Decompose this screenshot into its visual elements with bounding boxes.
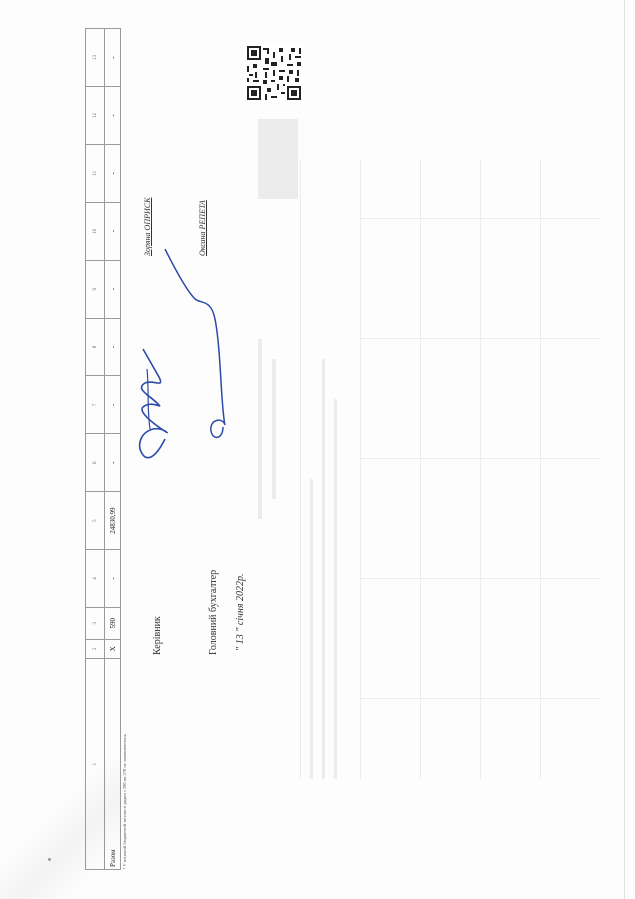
cell: 590 [105, 607, 121, 639]
column-number: 5 [86, 492, 105, 550]
cell: 24830,99 [105, 492, 121, 550]
column-number: 3 [86, 607, 105, 639]
cell: - [105, 434, 121, 492]
accountant-signature-stroke [165, 249, 225, 437]
cell: - [105, 550, 121, 608]
ghost-text-block [334, 399, 337, 779]
ghost-text-block [310, 479, 313, 779]
column-number: 4 [86, 550, 105, 608]
ghost-line [360, 159, 361, 779]
cell: - [105, 202, 121, 260]
cell: - [105, 87, 121, 145]
ghost-code-box [258, 119, 298, 199]
ghost-line [360, 578, 600, 579]
cell: - [105, 376, 121, 434]
cell: - [105, 144, 121, 202]
scanned-page: 1 2 3 4 5 6 7 8 9 10 11 12 13 Разом X [0, 0, 635, 899]
ghost-line [540, 159, 541, 779]
ghost-text-block [272, 359, 276, 499]
ghost-line [420, 159, 421, 779]
cell: - [105, 29, 121, 87]
cell: X [105, 639, 121, 659]
rotated-document: 1 2 3 4 5 6 7 8 9 10 11 12 13 Разом X [0, 0, 635, 899]
qr-code-icon [245, 44, 303, 102]
head-label: Керівник [152, 616, 163, 655]
column-number: 7 [86, 376, 105, 434]
column-number: 11 [86, 144, 105, 202]
ghost-text-block [258, 339, 262, 519]
column-number-row: 1 2 3 4 5 6 7 8 9 10 11 12 13 [86, 29, 105, 870]
column-number: 9 [86, 260, 105, 318]
ghost-text-block [322, 359, 325, 779]
column-number: 8 [86, 318, 105, 376]
signing-date: " 13 " січня 2022р. [235, 574, 246, 652]
ghost-line [360, 338, 600, 339]
column-number: 12 [86, 87, 105, 145]
ghost-line [300, 159, 301, 779]
ghost-line [360, 218, 600, 219]
column-number: 10 [86, 202, 105, 260]
cell: - [105, 260, 121, 318]
row-label: Разом [105, 659, 121, 870]
accountant-label: Головний бухгалтер [208, 570, 219, 655]
column-number: 1 [86, 659, 105, 870]
column-number: 2 [86, 639, 105, 659]
handwritten-signatures [125, 239, 235, 469]
ghost-line [360, 458, 600, 459]
table-row: Разом X 590 - 24830,99 - - - - - - - - [105, 29, 121, 870]
ghost-line [480, 159, 481, 779]
footnote: ¹ У місячній бюджетній звітності рядки з… [122, 733, 127, 869]
column-number: 6 [86, 434, 105, 492]
head-signature-stroke [140, 349, 168, 458]
column-number: 13 [86, 29, 105, 87]
ghost-line [360, 698, 600, 699]
totals-table: 1 2 3 4 5 6 7 8 9 10 11 12 13 Разом X [85, 28, 121, 870]
cell: - [105, 318, 121, 376]
